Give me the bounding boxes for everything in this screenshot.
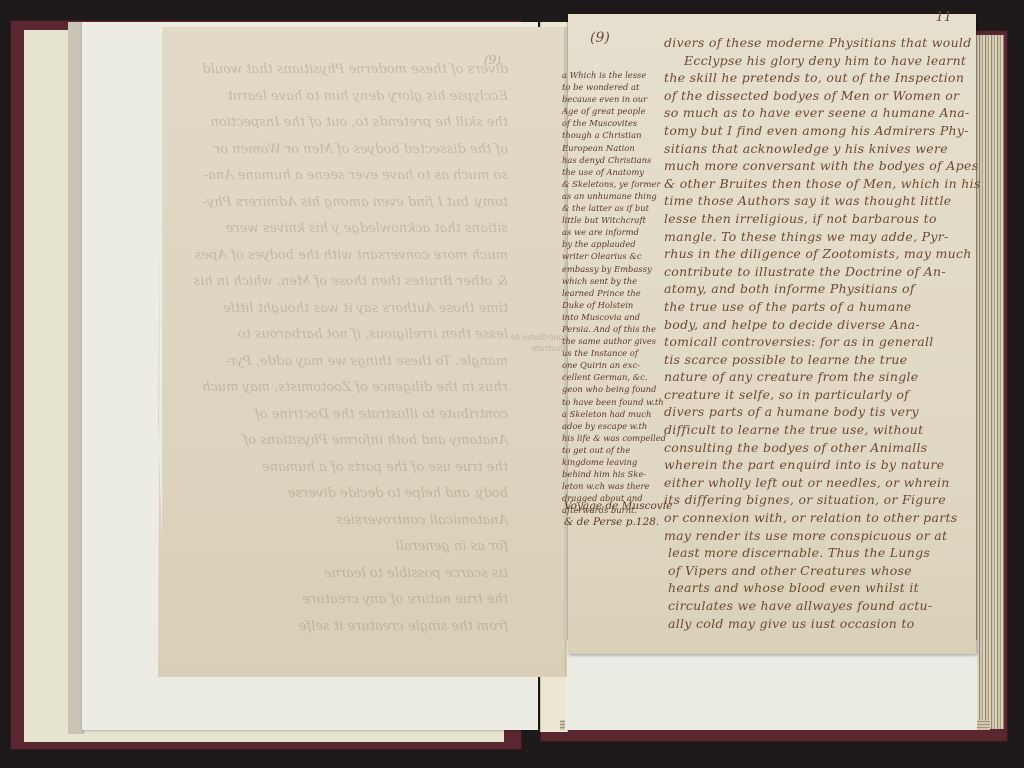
margin-note-line: little but Witchcraft	[562, 214, 662, 226]
margin-note-line: the same author gives	[562, 335, 662, 347]
margin-note-line: kingdome leaving	[562, 456, 662, 468]
margin-note-line: Duke of Holstein	[562, 299, 662, 311]
margin-citation: Voyage de Muscovie & de Perse p.128.	[564, 498, 672, 530]
margin-note-line: European Nation	[562, 142, 662, 154]
margin-note-line: cellent German, &c.	[562, 371, 662, 383]
text-line: time those Authors say it was thought li…	[664, 192, 970, 210]
text-line: or connexion with, or relation to other …	[664, 509, 970, 527]
text-line: contribute to illustrate the Doctrine of…	[664, 263, 970, 281]
margin-note-line: us the Instance of	[562, 347, 662, 359]
margin-note-line: embassy by Embassy	[562, 263, 662, 275]
show-through-line: rhus in the diligence of Zootomists, may…	[178, 375, 508, 402]
text-line: either wholly left out or needles, or wh…	[664, 474, 970, 492]
margin-note-line: writer Olearius &c	[562, 250, 662, 262]
text-line: hearts and whose blood even whilst it	[664, 579, 970, 597]
text-line: atomy, and both informe Physitians of	[664, 280, 970, 298]
margin-note-line: has denyd Christians	[562, 154, 662, 166]
margin-note-line: to be wondered at	[562, 81, 662, 93]
text-line: body, and helpe to decide diverse Ana-	[664, 316, 970, 334]
margin-note-line: learned Prince the	[562, 287, 662, 299]
margin-note-line: Persia. And of this the	[562, 323, 662, 335]
text-line: & other Bruites then those of Men, which…	[664, 175, 970, 193]
text-line: the skill he pretends to, out of the Ins…	[664, 69, 970, 87]
margin-note-line: & the latter as if but	[562, 202, 662, 214]
text-line: the true use of the parts of a humane	[664, 298, 970, 316]
margin-note-line: because even in our	[562, 93, 662, 105]
text-line: tomicall controversies: for as in genera…	[664, 333, 970, 351]
show-through-line: lesse then irreligious, if not barbarous…	[178, 322, 508, 349]
show-through-line: of the dissected bodyes of Men or Women …	[178, 137, 508, 164]
show-through-line: Anatomy and both informe Physitians of	[178, 428, 508, 455]
show-through-margin-note: contributes to illustrate	[488, 332, 568, 354]
text-line: tis scarce possible to learne the true	[664, 351, 970, 369]
text-line: least more discernable. Thus the Lungs	[664, 544, 970, 562]
page-number: (9)	[590, 30, 610, 46]
margin-note-line: one Quirin an exc-	[562, 359, 662, 371]
text-line: sitians that acknowledge y his knives we…	[664, 140, 970, 158]
show-through-text: divers of these moderne Physitians that …	[178, 57, 508, 640]
margin-note-line: geon who being found	[562, 383, 662, 395]
main-text-block: divers of these moderne Physitians that …	[664, 34, 970, 632]
show-through-line: mangle. To these things we may adde, Pyr…	[178, 349, 508, 376]
show-through-line: for as in generall	[178, 534, 508, 561]
margin-note-line: a Skeleton had much	[562, 408, 662, 420]
margin-note-line: Age of great people	[562, 105, 662, 117]
text-line: consulting the bodyes of other Animalls	[664, 439, 970, 457]
show-through-line: tomy. but I find even among his Admirers…	[178, 190, 508, 217]
show-through-line: the true use of the parts of a humane	[178, 455, 508, 482]
text-line: may render its use more conspicuous or a…	[664, 527, 970, 545]
citation-line: Voyage de Muscovie	[564, 498, 672, 514]
text-line: its differing bignes, or situation, or F…	[664, 491, 970, 509]
text-line: wherein the part enquird into is by natu…	[664, 456, 970, 474]
show-through-line: divers of these moderne Physitians that …	[178, 57, 508, 84]
margin-notes: a Which is the lesse to be wondered at b…	[562, 69, 662, 516]
text-line: divers parts of a humane body tis very	[664, 403, 970, 421]
margin-note-line: & Skeletons, ye former	[562, 178, 662, 190]
margin-note-line: as we are informd	[562, 226, 662, 238]
margin-note-line: though a Christian	[562, 129, 662, 141]
text-line: nature of any creature from the single	[664, 368, 970, 386]
margin-note-line: adoe by escape w.th	[562, 420, 662, 432]
show-through-line: contribute to illustrate the Doctrine of	[178, 402, 508, 429]
show-through-line: Ecclypse his glory deny him to have lear…	[178, 84, 508, 111]
show-through-line: so much as to have ever seene a humane A…	[178, 163, 508, 190]
margin-note-line: as an unhumane thing	[562, 190, 662, 202]
text-line: so much as to have ever seene a humane A…	[664, 104, 970, 122]
margin-note-line: of the Muscovites	[562, 117, 662, 129]
margin-note-line: by the applauded	[562, 238, 662, 250]
text-line: of the dissected bodyes of Men or Women …	[664, 87, 970, 105]
margin-note-line: into Muscovia and	[562, 311, 662, 323]
show-through-line: time those Authors say it was thought li…	[178, 296, 508, 323]
show-through-line: & other Bruites then those of Men, which…	[178, 269, 508, 296]
text-line: creature it selfe, so in particularly of	[664, 386, 970, 404]
margin-note-line: leton w.ch was there	[562, 480, 662, 492]
left-manuscript-page: (9) divers of these moderne Physitians t…	[158, 27, 567, 677]
show-through-line: much more conversant with the bodyes of …	[178, 243, 508, 270]
margin-note-line: a Which is the lesse	[562, 69, 662, 81]
folio-number: 11	[935, 10, 952, 25]
text-line: circulates we have allwayes found actu-	[664, 597, 970, 615]
text-line: mangle. To these things we may adde, Pyr…	[664, 228, 970, 246]
margin-note-line: his life & was compelled	[562, 432, 662, 444]
show-through-line: the true nature of any creature	[178, 587, 508, 614]
text-line: difficult to learne the true use, withou…	[664, 421, 970, 439]
show-through-line: Anatomicall controversies	[178, 508, 508, 535]
text-line: divers of these moderne Physitians that …	[664, 34, 970, 52]
margin-note-line: behind him his Ske-	[562, 468, 662, 480]
text-line: ally cold may give us iust occasion to	[664, 615, 970, 633]
show-through-line: tis scarce possible to learne	[178, 561, 508, 588]
show-through-line: from the single creature it selfe	[178, 614, 508, 641]
text-line: Ecclypse his glory deny him to have lear…	[664, 52, 970, 70]
show-through-line: sitians that acknowledge y his knives we…	[178, 216, 508, 243]
right-manuscript-page: (9) 11 divers of these moderne Physitian…	[568, 14, 976, 654]
text-line: rhus in the diligence of Zootomists, may…	[664, 245, 970, 263]
margin-note-line: which sent by the	[562, 275, 662, 287]
text-line: of Vipers and other Creatures whose	[664, 562, 970, 580]
citation-line: & de Perse p.128.	[564, 514, 672, 530]
margin-note-line: to have been found w.th	[562, 396, 662, 408]
text-line: tomy but I find even among his Admirers …	[664, 122, 970, 140]
margin-note-line: the use of Anatomy	[562, 166, 662, 178]
margin-note-line: to get out of the	[562, 444, 662, 456]
show-through-line: the skill he pretends to, out of the Ins…	[178, 110, 508, 137]
text-line: lesse then irreligious, if not barbarous…	[664, 210, 970, 228]
show-through-line: body, and helpe to decide diverse	[178, 481, 508, 508]
text-line: much more conversant with the bodyes of …	[664, 157, 970, 175]
